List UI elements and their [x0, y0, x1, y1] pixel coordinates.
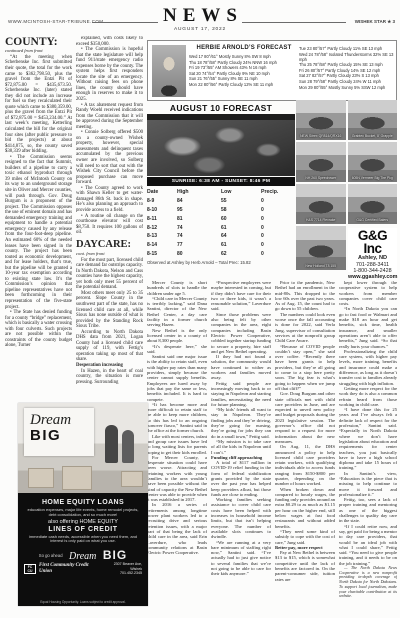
equipment-photo-caption: New Holland T8 155 — [296, 265, 346, 269]
cell-date: 8-9 — [147, 198, 177, 204]
equipment-photo: G&G Certified Balers — [348, 184, 398, 224]
paragraph: For the most part, licensed child care d… — [76, 258, 143, 291]
paragraph: • The Commission seems resigned to the f… — [5, 155, 72, 310]
article-column-6: kept lower through the cooperative syste… — [339, 280, 397, 606]
forecast-line: Wed 24 78°/58° Isolated Thunderstorms 32… — [299, 52, 394, 62]
credit-union-ad: Dream BIG HOME EQUITY LOANS education ex… — [18, 403, 148, 606]
paragraph: In 2016 a series of retirements among lo… — [147, 502, 207, 555]
big-word: BIG — [30, 428, 88, 443]
weather-map-image — [147, 114, 295, 176]
dream-script-word: Dream — [30, 413, 88, 428]
cardboard-box — [121, 471, 143, 487]
newspaper-page: WWW.MCINTOSH-STAR-TRIBUNE.COM NEWS AUGUS… — [0, 0, 400, 618]
bank-logo-row: FC CU First Community Credit Union 2307 … — [18, 560, 148, 575]
masthead-website-url: WWW.MCINTOSH-STAR-TRIBUNE.COM — [8, 19, 103, 24]
paragraph: Fettig said people are increasingly movi… — [211, 381, 271, 407]
paragraph: • A tax abatement request from Randy Woe… — [76, 103, 143, 131]
person-silhouette — [105, 425, 118, 463]
tagline: So go ahead Dream BIG — [18, 546, 148, 560]
cell-high: 95 — [177, 207, 221, 213]
paragraph: The numbers could look even worse once t… — [275, 312, 335, 344]
paragraph: On Aug. 11, the DHS announced a policy t… — [275, 444, 335, 486]
paragraph: For Mercer County, a desperate situation… — [147, 455, 207, 503]
equipment-photo-caption: H&S 7714 Flexrake — [296, 219, 346, 223]
paragraph: Fettig, too, sees a lack of proper train… — [339, 497, 397, 523]
also-offering-line: also offering HOME EQUITY — [18, 519, 148, 526]
paragraph: “At the meeting when Scherbenske Inc. fi… — [5, 55, 72, 155]
ad-text-panel: HOME EQUITY LOANS education expenses, ma… — [18, 493, 148, 606]
cell-precip: 0 — [261, 207, 295, 213]
table-row: 8-9 84 55 0 — [147, 197, 295, 206]
forecast-line: Sun 21 76°/55° Sunny 8% SE 11 mph — [189, 76, 295, 81]
paragraph: Prior to the pandemic, New Bethel had an… — [275, 280, 335, 312]
home-equity-loans-headline: HOME EQUITY LOANS — [18, 499, 148, 507]
forecaster-portrait-photo — [152, 45, 186, 97]
table-row: 8-13 74 64 0 — [147, 232, 295, 241]
paragraph: Like with most centers, infant and group… — [147, 434, 207, 455]
table-row: 8-10 95 58 0 — [147, 206, 295, 215]
paragraph: • The County agreed to work with Shawn K… — [76, 186, 143, 214]
paragraph: “In North Dakota you can go to fast food… — [339, 306, 397, 348]
daycare-continued-line: cont. from front — [76, 251, 143, 256]
article-column-1: COUNTY: continued from front “At the mee… — [5, 36, 72, 402]
equipment-photo-caption: Grabtec Bucket, 8' Grapple — [348, 135, 398, 139]
paragraph: Mercer County is short hundreds of slots… — [147, 280, 207, 296]
paragraph: Since those problems were also being fel… — [211, 312, 271, 354]
equipment-photo-caption: NEW Sitrex QR814/QRX16 — [296, 135, 346, 139]
sunrise-sunset-banner: SUNRISE: 6:38 AM - SUNSET: 8:46 PM — [147, 177, 295, 186]
forecast-title: HERBIE ARNOLD’S FORECAST — [188, 45, 300, 52]
article-column-3: Mercer County is short hundreds of slots… — [147, 280, 207, 606]
paragraph: In Santini’s view, “Education is the pie… — [339, 471, 397, 497]
paragraph: Getting more respect for the work they d… — [339, 386, 397, 407]
forecast-line: Mon 22 80°/56° Partly Cloudy 12% SE 11 m… — [189, 82, 295, 87]
cell-high: 74 — [177, 233, 221, 239]
cell-high: 80 — [177, 251, 221, 257]
forecast-line: Sat 27 82°/57° Partly Cloudy 23% S 13 mp… — [299, 73, 394, 78]
cell-low: 55 — [221, 198, 261, 204]
equipment-photo-caption: 605N Vermeer Big Tire Pkg — [348, 177, 398, 181]
equipment-photo: New Holland T8 155 — [296, 226, 346, 270]
paragraph: When broken down and compared to hourly … — [275, 487, 335, 529]
paragraph: “It has become more and more difficult t… — [147, 402, 207, 434]
loans-description: education expenses, major life events, h… — [18, 507, 148, 518]
cell-date: 8-15 — [147, 251, 177, 257]
county-paragraphs-col2: explained, with costs likely to exceed $… — [76, 36, 143, 236]
paragraph: — The North Dakota News Cooperative is a… — [339, 566, 397, 599]
cardboard-box — [62, 466, 92, 490]
dream-big-card: Dream BIG — [24, 408, 94, 456]
cell-precip: 0 — [261, 251, 295, 257]
column-header: High — [177, 189, 221, 195]
paragraph: • The Commission is hopeful that the sta… — [76, 47, 143, 102]
paragraph: “If I could retire now, and say, get pai… — [339, 524, 397, 566]
bank-address: 2307 Beaver Ave, Wishek 701.452.2345 — [103, 562, 142, 575]
gg-city: Ashley, ND — [348, 255, 397, 262]
cell-date: 8-14 — [147, 242, 177, 248]
cell-low: 58 — [221, 207, 261, 213]
cell-date: 8-12 — [147, 225, 177, 231]
forecast-week1: Wed 17 80°/61° Mostly Sunny 8% SW 8 mphT… — [189, 54, 295, 88]
cell-high: 84 — [177, 198, 221, 204]
cell-high: 74 — [177, 225, 221, 231]
cell-precip: 0 — [261, 198, 295, 204]
edition-page-number: WISHEK STAR ★ 3 — [355, 19, 395, 24]
table-row: 8-12 74 61 0 — [147, 223, 295, 232]
cell-low: 64 — [221, 233, 261, 239]
forecast-line: Thu 18 78°/58° Partly Cloudy 24% NNW 16 … — [189, 60, 295, 65]
paragraph: In Hazen, in the heart of coal country, … — [76, 369, 143, 386]
weather-table-header: DateHighLowPrecip. — [147, 188, 295, 197]
cell-precip: 0 — [261, 233, 295, 239]
section-title: NEWS — [150, 6, 250, 26]
equipment-photo-caption: NH 260 Speedrower — [296, 177, 346, 181]
cell-date: 8-11 — [147, 216, 177, 222]
credit-description: immediate cash needs, accessible when yo… — [18, 534, 148, 545]
tagline-big-word: BIG — [103, 548, 127, 562]
article-column-5: Prior to the pandemic, New Bethel had an… — [275, 280, 335, 606]
cardboard-box — [28, 468, 54, 488]
weather-table: DateHighLowPrecip. 8-9 84 55 0 8-10 95 5… — [147, 188, 295, 258]
paragraph: Most others meet only 25 to 35 percent. … — [76, 291, 143, 330]
paragraph: “Prospective employees were maybe intere… — [211, 280, 271, 312]
cell-high: 81 — [177, 216, 221, 222]
paragraph: explained, with costs likely to exceed $… — [76, 36, 143, 47]
gg-logo-block: G&G Inc Ashley, ND 701-288-3411 1-800-34… — [348, 228, 397, 272]
paragraph: “We are running at a very bare minimum o… — [211, 540, 271, 577]
paragraph: A total of $117 million in COVID-19 reli… — [211, 460, 271, 497]
article-column-2: explained, with costs likely to exceed $… — [76, 36, 143, 402]
cell-low: 61 — [221, 242, 261, 248]
paragraph: Santini said one major issue is the abil… — [147, 354, 207, 402]
fccu-logo-icon: FC CU — [24, 564, 36, 574]
cell-date: 8-13 — [147, 233, 177, 239]
forecast-line: Fri 26 80°/57° Partly Cloudy 14% SE 12 m… — [299, 68, 394, 73]
moving-couple-photo: Dream BIG — [18, 403, 148, 493]
forecast-week2: Tue 23 80°/57° Partly Cloudy 11% SE 13 m… — [299, 46, 394, 90]
column-header: Precip. — [261, 189, 295, 195]
paragraph: kept lower through the cooperative syste… — [339, 280, 397, 306]
cell-precip: 0 — [261, 225, 295, 231]
forecast-line: Mon 29 80°/55° Mostly Sunny 5% SSW 12 mp… — [299, 85, 394, 90]
person-silhouette — [122, 430, 134, 463]
paragraph: • A routine oil change on the courthouse… — [76, 214, 143, 236]
paragraph: New Bethel is the only licensed center i… — [147, 328, 207, 344]
equipment-photo-caption: G&G Certified Balers — [348, 219, 398, 223]
table-row: 8-14 77 61 0 — [147, 241, 295, 250]
table-row: 8-11 81 60 0 — [147, 214, 295, 223]
gg-equipment-ad: NEW Sitrex QR814/QRX16 Grabtec Bucket, 8… — [296, 100, 397, 272]
paragraph: “Child care in Mercer County is terribly… — [147, 296, 207, 328]
header-rule-left — [92, 22, 158, 23]
forecast-line: Sat 20 74°/54° Partly Cloudy 9% NE 10 mp… — [189, 71, 295, 76]
paragraph: Professionalizing the child care system,… — [339, 349, 397, 386]
weather-map-title: AUGUST 10 FORECAST — [147, 104, 295, 113]
paragraph: Working families seeking assistance to c… — [211, 497, 271, 539]
column-header: Low — [221, 189, 261, 195]
paragraph: “It’s desperate here,” she said. — [147, 344, 207, 355]
cell-date: 8-10 — [147, 207, 177, 213]
county-continued-line: continued from front — [5, 48, 72, 53]
paragraph: • The State has denied funding for a cou… — [5, 310, 72, 349]
equipment-photo: NH 260 Speedrower — [296, 142, 346, 182]
column-header: Date — [147, 189, 177, 195]
article-column-4: “Prospective employees were maybe intere… — [211, 280, 271, 606]
cell-low: 61 — [221, 225, 261, 231]
cell-precip: 0 — [261, 216, 295, 222]
weather-table-body: 8-9 84 55 0 8-10 95 58 0 8-11 81 60 0 8-… — [147, 197, 295, 259]
paragraph: If they had not found a solution, the co… — [211, 354, 271, 380]
forecast-line: Thu 25 78°/58° Partly Cloudy 15% SE 13 m… — [299, 62, 394, 67]
county-headline: COUNTY: — [5, 36, 72, 48]
tagline-lead: So go ahead — [39, 553, 63, 558]
legal-disclaimer: Equal Housing Opportunity. Loans subject… — [18, 600, 148, 604]
county-paragraphs-col1: “At the meeting when Scherbenske Inc. fi… — [5, 55, 72, 349]
table-row: 8-15 80 62 0 — [147, 250, 295, 259]
paragraph: “My mission is to take care of all the k… — [211, 439, 271, 455]
paragraph: • Connie Solberg offered $500 on a count… — [76, 130, 143, 185]
forecast-line: Fri 19 73°/55° AM Showers 43% N 16 mph — [189, 65, 295, 70]
cell-low: 62 — [221, 251, 261, 257]
paragraph: “My kids’ friends all want to stay in Na… — [211, 407, 271, 439]
paragraph: “Because of COVID people couldn’t stay o… — [275, 344, 335, 392]
daycare-paragraphs-col2: For the most part, licensed child care d… — [76, 258, 143, 386]
cell-high: 77 — [177, 242, 221, 248]
forecast-line: Sun 28 79°/58° Partly Cloudy 24% W 11 mp… — [299, 79, 394, 84]
forecast-line: Tue 23 80°/57° Partly Cloudy 11% SE 13 m… — [299, 46, 394, 51]
paragraph: “They need some kind of subsidy to cope … — [275, 529, 335, 545]
issue-date: AUGUST 17, 2022 — [150, 27, 250, 32]
paragraph: According to North Dakota DHS data from … — [76, 330, 143, 363]
paragraph: “I have done this for 25 years and I’ve … — [339, 407, 397, 471]
forecast-box: HERBIE ARNOLD’S FORECAST Wed 17 80°/61° … — [147, 40, 397, 101]
paragraph: Pay at New Bethel is between $13 to $15,… — [275, 550, 335, 582]
equipment-photo: H&S 7714 Flexrake — [296, 184, 346, 224]
bank-name: First Community Credit Union — [39, 563, 100, 574]
forecast-line: Wed 17 80°/61° Mostly Sunny 8% SW 8 mph — [189, 54, 295, 59]
paragraph: Gov. Doug Burgum and other state officia… — [275, 391, 335, 444]
equipment-photo: Grabtec Bucket, 8' Grapple — [348, 100, 398, 140]
gg-company-name: G&G Inc — [348, 229, 397, 255]
weather-observation-note: Observed at Ashley by Herb Arnold – Tota… — [147, 260, 295, 265]
tagline-dream-word: Dream — [69, 551, 96, 562]
cell-precip: 0 — [261, 242, 295, 248]
equipment-photo: NEW Sitrex QR814/QRX16 — [296, 100, 346, 140]
daycare-headline: DAYCARE: — [76, 239, 143, 251]
lines-of-credit-headline: LINES OF CREDIT — [18, 526, 148, 534]
cell-low: 60 — [221, 216, 261, 222]
equipment-photo: 605N Vermeer Big Tire Pkg — [348, 142, 398, 182]
header-rule-right — [242, 22, 346, 23]
